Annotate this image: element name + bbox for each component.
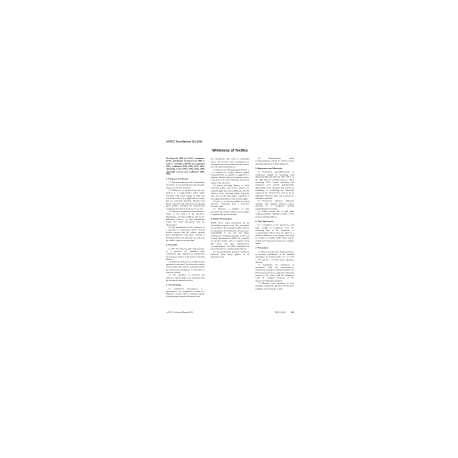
paragraph: 7.2 Standardize the instrument in accord…: [255, 264, 294, 282]
section-heading: 3. Terminology: [166, 284, 205, 287]
paragraph: the colorimetric data (such as tristimul…: [211, 158, 250, 169]
paragraph: 4.2 Manufacturer's safety recommendation…: [255, 157, 294, 165]
paragraph: 5.3 White ceramic tile or opal glass wor…: [255, 210, 294, 218]
footer-method-number: TM 110-2011: [275, 311, 287, 314]
section-heading: 4. Safety Precautions: [211, 218, 250, 221]
text-columns: Developed in 1989 by AATCC Committee RA3…: [166, 157, 294, 308]
paragraph: 2.2 When the whiteness of an FWA treated…: [166, 261, 205, 274]
page-canvas: AATCC Test Method 110-2011 Whiteness of …: [0, 0, 458, 458]
document-content: AATCC Test Method 110-2011 Whiteness of …: [166, 140, 294, 314]
section-heading: 2. Principle: [166, 244, 205, 247]
paragraph: 7.1 Before measurement, bring specimens …: [255, 251, 294, 264]
column-3: 4.2 Manufacturer's safety recommendation…: [255, 157, 294, 308]
paragraph: 7.3 Measure each specimen at four positi…: [255, 282, 294, 290]
paragraph: 1.1 This test method provides instrument…: [166, 181, 205, 189]
paragraph: 3.4 tint, n.—a color perceptible in a wh…: [211, 200, 250, 208]
paragraph: 2.3 The specimen is measured and whitene…: [166, 274, 205, 282]
section-heading: 5. Apparatus and Materials: [255, 167, 294, 170]
section-heading: 1. Purpose and Scope: [166, 178, 205, 181]
column-2: the colorimetric data (such as tristimul…: [211, 157, 250, 308]
document-page: AATCC Test Method 110-2011 Whiteness of …: [166, 140, 294, 320]
document-title: Whiteness of Textiles: [166, 149, 294, 153]
column-1: Developed in 1989 by AATCC Committee RA3…: [166, 157, 205, 308]
document-footer: AATCC Technical Manual/2012 TM 110-2011 …: [166, 311, 294, 314]
section-heading: 6. Test Specimens: [255, 220, 294, 223]
paragraph: 3.2 fluorescent whitening agent (FWA), n…: [211, 169, 250, 185]
paragraph: 2.1 The CIE whiteness index and tint val…: [166, 248, 205, 261]
footer-manual-label: AATCC Technical Manual/2012: [166, 311, 193, 314]
paragraph: 3.5 whiteness, n.—attribute of color per…: [211, 208, 250, 216]
paragraph: 5.1 Reflectance spectrophotometer or col…: [255, 171, 294, 200]
paragraph: 3.1 colorimetric spectrometer, n.—spectr…: [166, 288, 205, 299]
document-header: AATCC Test Method 110-2011: [166, 140, 294, 143]
paragraph: NOTE: These safety precautions are for i…: [211, 222, 250, 251]
footer-right-group: TM 110-2011 183: [275, 311, 294, 314]
paragraph: 1.2 Whiteness as measured by this test m…: [166, 189, 205, 210]
footer-page-number: 183: [291, 311, 294, 314]
paragraph: 3.3 perfect reflecting diffuser, n.—idea…: [211, 184, 250, 200]
paragraph: 1.3 Whiteness evaluation is affected by …: [166, 210, 205, 226]
section-heading: 7. Procedure: [255, 247, 294, 250]
paragraph: 6.1 A minimum of two specimens, each lar…: [255, 224, 294, 245]
paragraph: Developed in 1989 by AATCC Committee RA3…: [166, 157, 205, 175]
paragraph: 4.1 Good laboratory practices should be …: [211, 251, 250, 259]
paragraph: 5.2 Fluorescent whiteness calibration st…: [255, 200, 294, 211]
paragraph: 1.4 The quantification of the whiteness …: [166, 226, 205, 242]
